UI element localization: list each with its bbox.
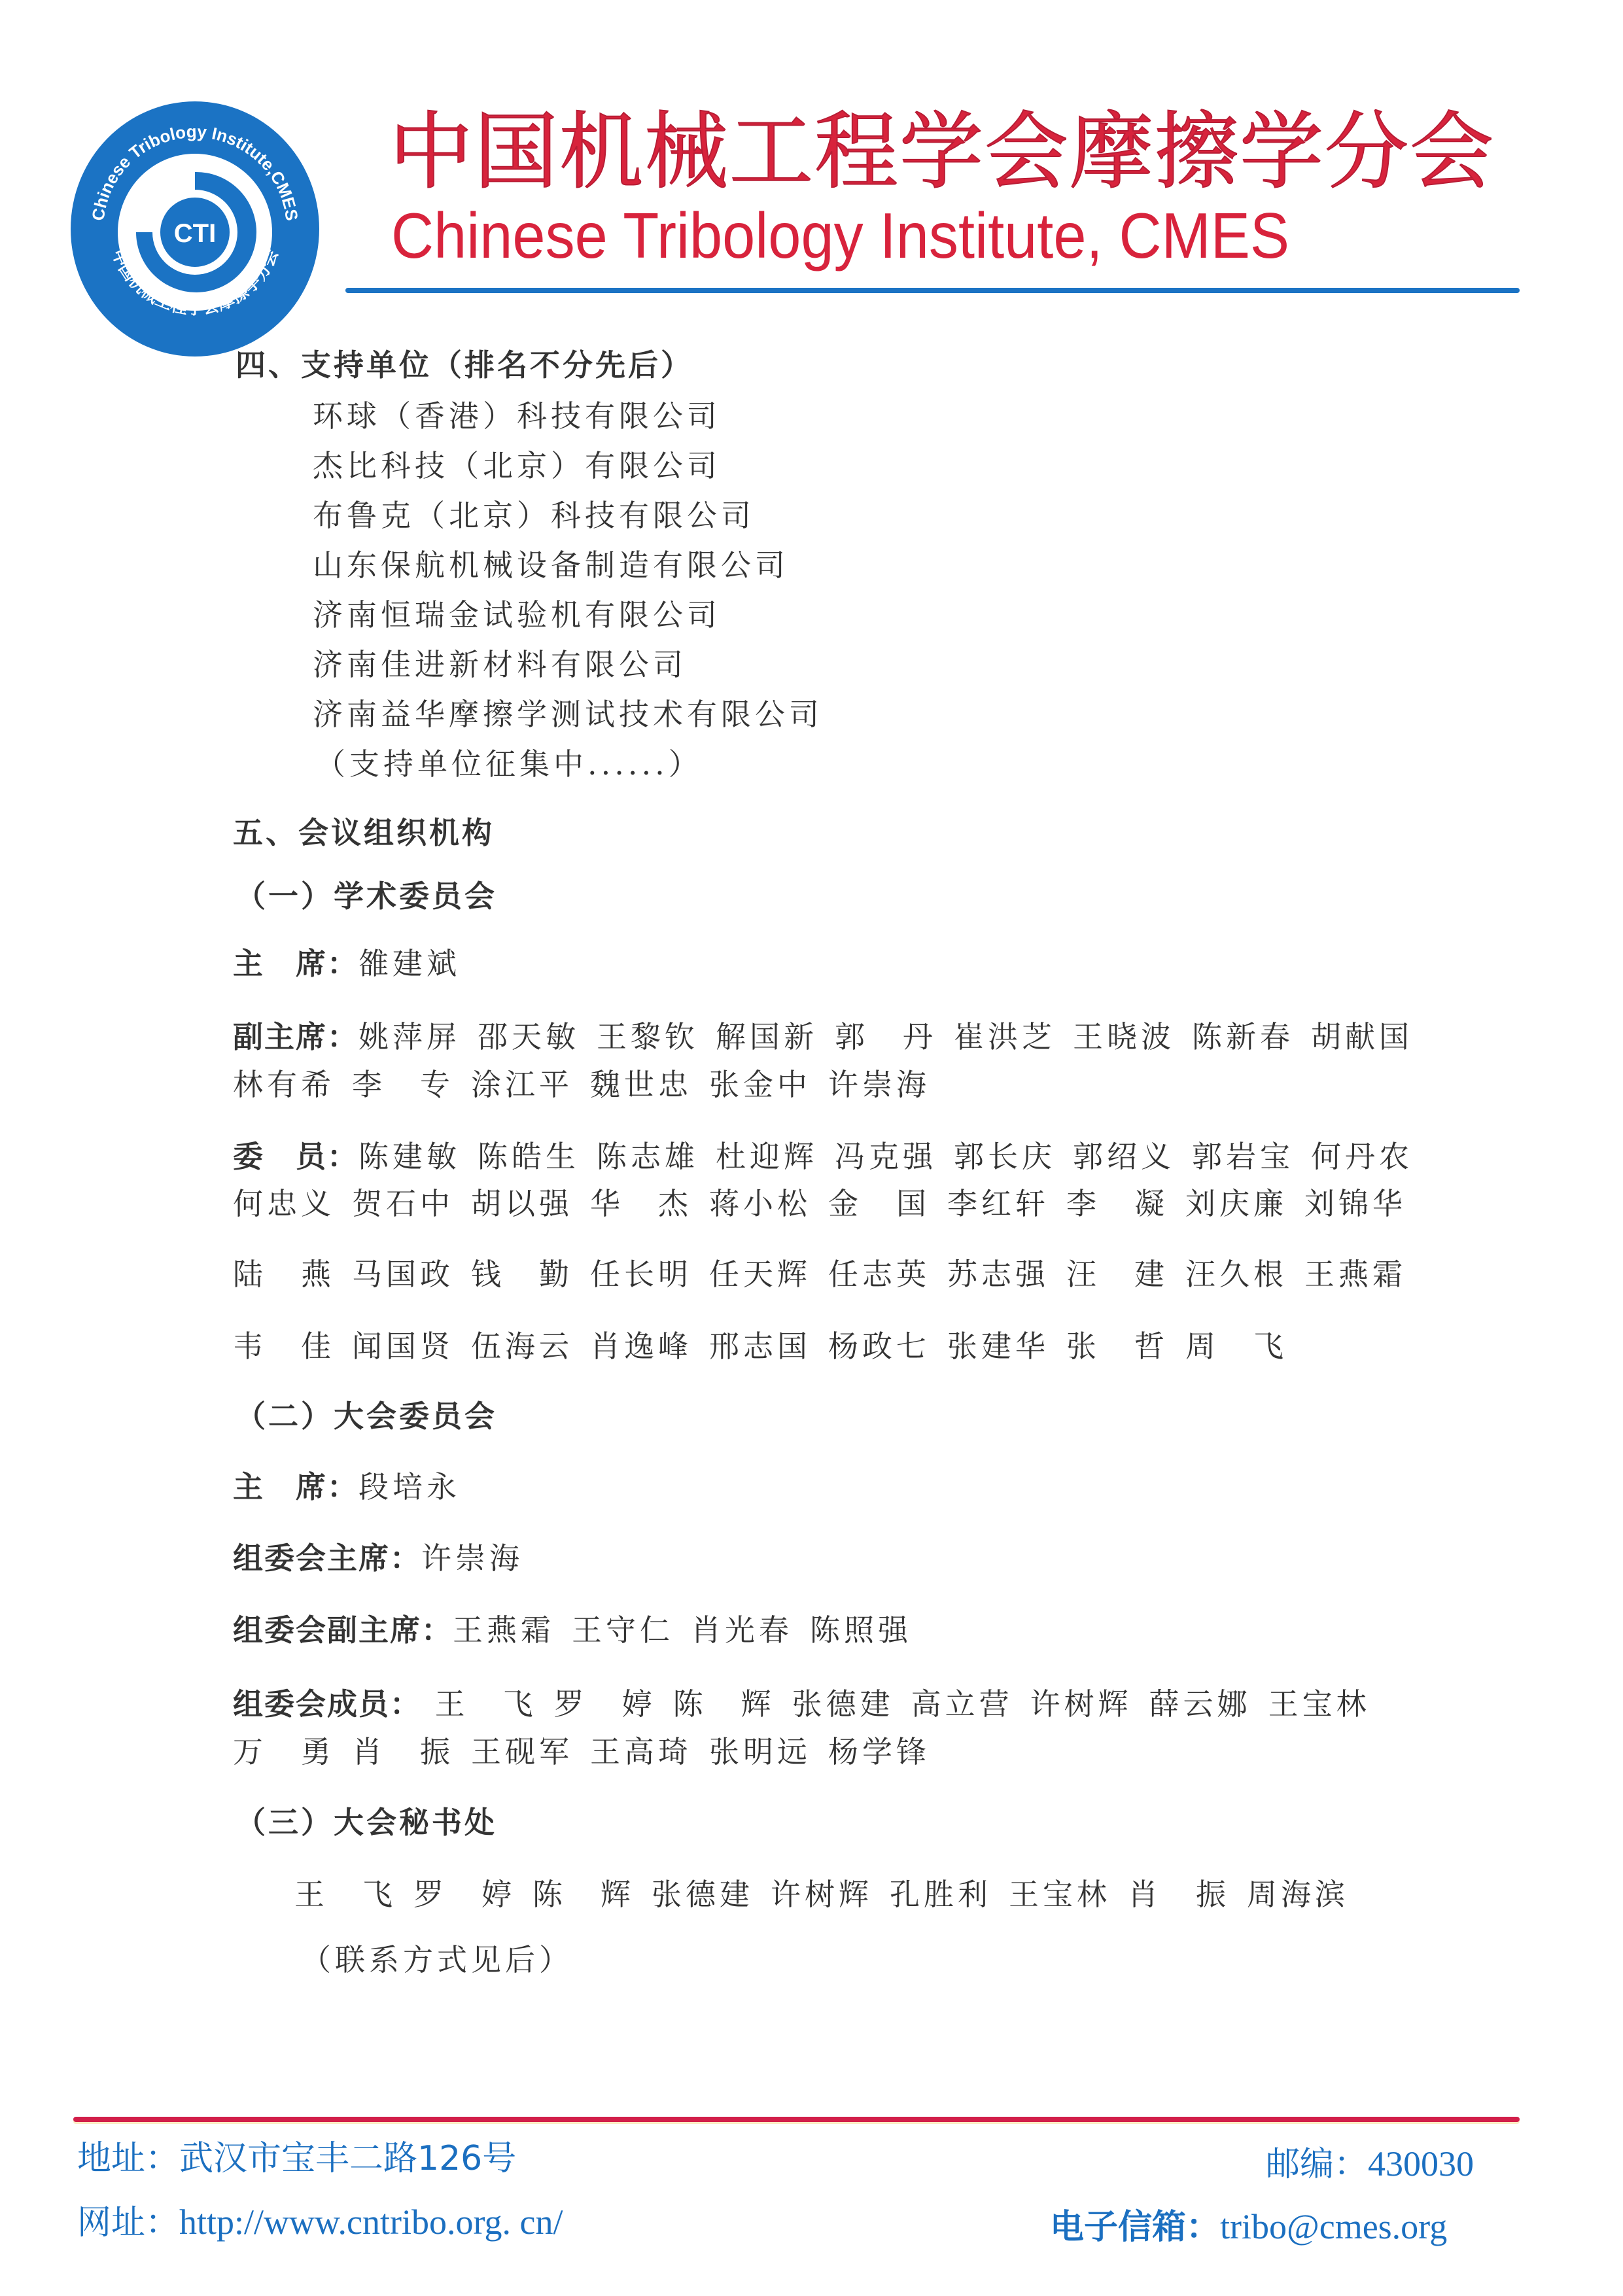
secretariat-member-name: 王宝林	[1009, 1877, 1111, 1912]
footer-address: 地址：武汉市宝丰二路126号	[77, 2138, 516, 2180]
secretariat-member-name: 肖 振	[1128, 1877, 1230, 1912]
address-label: 地址：	[77, 2139, 179, 2178]
member-name: 陆 燕	[233, 1257, 335, 1292]
member-name: 邢志国	[709, 1329, 811, 1364]
chair-name: 段培永	[358, 1469, 461, 1505]
member-name: 杨政七	[828, 1329, 930, 1364]
vice-chair-name: 许崇海	[828, 1067, 930, 1102]
org-members-row-2: 万 勇肖 振王砚军王高琦张明远杨学锋	[233, 1732, 930, 1771]
vice-chair-name: 胡献国	[1311, 1019, 1413, 1054]
org-member-name: 王 飞	[435, 1686, 537, 1722]
org-vice-chairs-label: 组委会副主席：	[233, 1612, 453, 1648]
org-vice-chair-name: 肖光春	[691, 1612, 793, 1648]
org-title-chinese: 中国机械工程学会摩擦学分会	[389, 103, 1495, 201]
logo-center-text: CTI	[174, 219, 216, 248]
footer-website: 网址：http://www.cntribo.org. cn/	[77, 2201, 563, 2244]
org-members-label: 组委会成员：	[233, 1686, 421, 1722]
vice-chairs-label: 副主席：	[233, 1019, 358, 1054]
org-member-name: 张德建	[792, 1686, 894, 1722]
member-name: 刘锦华	[1304, 1186, 1406, 1221]
org-chair-label: 组委会主席：	[233, 1540, 421, 1576]
org-member-name: 杨学锋	[828, 1734, 930, 1769]
vice-chair-name: 姚萍屏	[358, 1019, 461, 1054]
org-member-name: 王砚军	[471, 1734, 573, 1769]
org-vice-chairs-row: 组委会副主席：王燕霜王守仁肖光春陈照强	[233, 1610, 912, 1650]
website-link[interactable]: http://www.cntribo.org. cn/	[179, 2202, 563, 2242]
org-member-name: 王高琦	[590, 1734, 692, 1769]
member-name: 贺石中	[352, 1186, 454, 1221]
logo-year: 1979	[176, 290, 214, 310]
supporter-item: 环球（香港）科技有限公司	[313, 396, 721, 436]
academic-vice-chairs-row-1: 副主席：姚萍屏邵天敏王黎钦解国新郭 丹崔洪芝王晓波陈新春胡献国	[233, 1017, 1413, 1056]
member-name: 任志英	[828, 1257, 930, 1292]
member-name: 汪久根	[1185, 1257, 1287, 1292]
supporter-item: 杰比科技（北京）有限公司	[313, 446, 721, 485]
footer-postcode: 邮编：430030	[1266, 2143, 1474, 2185]
supporter-item: 布鲁克（北京）科技有限公司	[313, 496, 755, 535]
member-name: 张 哲	[1066, 1329, 1168, 1364]
vice-chair-name: 涂江平	[471, 1067, 573, 1102]
secretariat-member-name: 孔胜利	[890, 1877, 992, 1912]
vice-chair-name: 林有希	[233, 1067, 335, 1102]
chair-label: 主 席：	[233, 1469, 358, 1505]
conference-committee-title: （二）大会委员会	[236, 1397, 497, 1436]
member-name: 华 杰	[590, 1186, 692, 1221]
chair-label: 主 席：	[233, 946, 358, 981]
org-vice-chair-name: 王守仁	[572, 1612, 674, 1648]
org-member-name: 肖 振	[352, 1734, 454, 1769]
vice-chair-name: 李 专	[352, 1067, 454, 1102]
email-link[interactable]: tribo@cmes.org	[1220, 2207, 1447, 2246]
secretariat-member-name: 周海滨	[1247, 1877, 1349, 1912]
postcode-label: 邮编：	[1266, 2145, 1368, 2184]
secretariat-members-row: 王 飞罗 婷陈 辉张德建许树辉孔胜利王宝林肖 振周海滨	[294, 1875, 1349, 1914]
supporter-note: （支持单位征集中......）	[315, 744, 703, 784]
secretariat-title: （三）大会秘书处	[236, 1803, 497, 1842]
org-member-name: 万 勇	[233, 1734, 335, 1769]
vice-chair-name: 崔洪芝	[954, 1019, 1056, 1054]
header-divider	[345, 288, 1520, 293]
members-label: 委 员：	[233, 1139, 358, 1174]
vice-chair-name: 王黎钦	[597, 1019, 699, 1054]
section-5-heading: 五、会议组织机构	[233, 813, 495, 852]
member-name: 汪 建	[1066, 1257, 1168, 1292]
member-name: 蒋小松	[709, 1186, 811, 1221]
supporter-item: 济南益华摩擦学测试技术有限公司	[313, 695, 823, 734]
vice-chair-name: 王晓波	[1073, 1019, 1175, 1054]
member-name: 何忠义	[233, 1186, 335, 1221]
org-member-name: 薛云娜	[1149, 1686, 1251, 1722]
footer-email: 电子信箱：tribo@cmes.org	[1050, 2206, 1447, 2248]
org-member-name: 陈 辉	[673, 1686, 775, 1722]
member-name: 冯克强	[835, 1139, 937, 1174]
secretariat-member-name: 罗 婷	[413, 1877, 515, 1912]
academic-members-row-3: 陆 燕马国政钱 勤任长明任天辉任志英苏志强汪 建汪久根王燕霜	[233, 1255, 1406, 1294]
vice-chair-name: 陈新春	[1192, 1019, 1294, 1054]
vice-chair-name: 张金中	[709, 1067, 811, 1102]
member-name: 肖逸峰	[590, 1329, 692, 1364]
academic-members-row-4: 韦 佳闻国贤伍海云肖逸峰邢志国杨政七张建华张 哲周 飞	[233, 1327, 1287, 1366]
email-label: 电子信箱：	[1050, 2208, 1220, 2247]
member-name: 闻国贤	[352, 1329, 454, 1364]
org-vice-chair-name: 陈照强	[810, 1612, 912, 1648]
secretariat-member-name: 张德建	[652, 1877, 754, 1912]
chair-name: 雒建斌	[358, 946, 461, 981]
member-name: 任天辉	[709, 1257, 811, 1292]
org-member-name: 张明远	[709, 1734, 811, 1769]
supporter-item: 济南恒瑞金试验机有限公司	[313, 595, 721, 635]
member-name: 郭长庆	[954, 1139, 1056, 1174]
vice-chair-name: 邵天敏	[478, 1019, 580, 1054]
org-vice-chair-name: 王燕霜	[453, 1612, 555, 1648]
academic-vice-chairs-row-2: 林有希李 专涂江平魏世忠张金中许崇海	[233, 1065, 930, 1104]
member-name: 刘庆廉	[1185, 1186, 1287, 1221]
member-name: 郭绍义	[1073, 1139, 1175, 1174]
org-member-name: 许树辉	[1030, 1686, 1132, 1722]
secretariat-member-name: 王 飞	[294, 1877, 396, 1912]
member-name: 任长明	[590, 1257, 692, 1292]
org-member-name: 王宝林	[1268, 1686, 1370, 1722]
member-name: 韦 佳	[233, 1329, 335, 1364]
org-member-name: 高立营	[911, 1686, 1013, 1722]
section-4-heading: 四、支持单位（排名不分先后）	[236, 345, 693, 385]
vice-chair-name: 郭 丹	[835, 1019, 937, 1054]
member-name: 郭岩宝	[1192, 1139, 1294, 1174]
member-name: 张建华	[947, 1329, 1049, 1364]
member-name: 李 凝	[1066, 1186, 1168, 1221]
member-name: 王燕霜	[1304, 1257, 1406, 1292]
postcode-value: 430030	[1368, 2144, 1474, 2183]
supporter-item: 济南佳进新材料有限公司	[313, 645, 687, 684]
academic-members-row-2: 何忠义贺石中胡以强华 杰蒋小松金 国李红轩李 凝刘庆廉刘锦华	[233, 1184, 1406, 1223]
member-name: 李红轩	[947, 1186, 1049, 1221]
secretariat-member-name: 陈 辉	[532, 1877, 635, 1912]
contact-note: （联系方式见后）	[301, 1940, 573, 1979]
address-value: 武汉市宝丰二路126号	[179, 2139, 516, 2178]
footer-divider	[73, 2117, 1520, 2122]
member-name: 陈皓生	[478, 1139, 580, 1174]
member-name: 伍海云	[471, 1329, 573, 1364]
member-name: 周 飞	[1185, 1329, 1287, 1364]
member-name: 陈志雄	[597, 1139, 699, 1174]
secretariat-member-name: 许树辉	[771, 1877, 873, 1912]
org-member-name: 罗 婷	[554, 1686, 656, 1722]
org-chair-row: 组委会主席：许崇海	[233, 1539, 523, 1578]
supporter-item: 山东保航机械设备制造有限公司	[313, 546, 789, 585]
member-name: 陈建敏	[358, 1139, 461, 1174]
academic-members-row-1: 委 员：陈建敏陈皓生陈志雄杜迎辉冯克强郭长庆郭绍义郭岩宝何丹农	[233, 1137, 1413, 1176]
vice-chair-name: 解国新	[716, 1019, 818, 1054]
academic-chair-row: 主 席：雒建斌	[233, 944, 461, 983]
website-label: 网址：	[77, 2203, 179, 2242]
member-name: 钱 勤	[471, 1257, 573, 1292]
org-title-english: Chinese Tribology Institute, CMES	[391, 200, 1289, 271]
member-name: 马国政	[352, 1257, 454, 1292]
member-name: 苏志强	[947, 1257, 1049, 1292]
org-members-row-1: 组委会成员： 王 飞罗 婷陈 辉张德建高立营许树辉薛云娜王宝林	[233, 1684, 1370, 1724]
member-name: 杜迎辉	[716, 1139, 818, 1174]
member-name: 何丹农	[1311, 1139, 1413, 1174]
cti-logo: CTI Chinese Tribology Institute,CMES 中国机…	[64, 98, 326, 360]
member-name: 金 国	[828, 1186, 930, 1221]
cti-emblem-icon: CTI Chinese Tribology Institute,CMES 中国机…	[64, 98, 326, 360]
org-chair-name: 许崇海	[421, 1540, 523, 1576]
academic-committee-title: （一）学术委员会	[236, 877, 497, 916]
vice-chair-name: 魏世忠	[590, 1067, 692, 1102]
member-name: 胡以强	[471, 1186, 573, 1221]
conference-chair-row: 主 席：段培永	[233, 1467, 461, 1506]
